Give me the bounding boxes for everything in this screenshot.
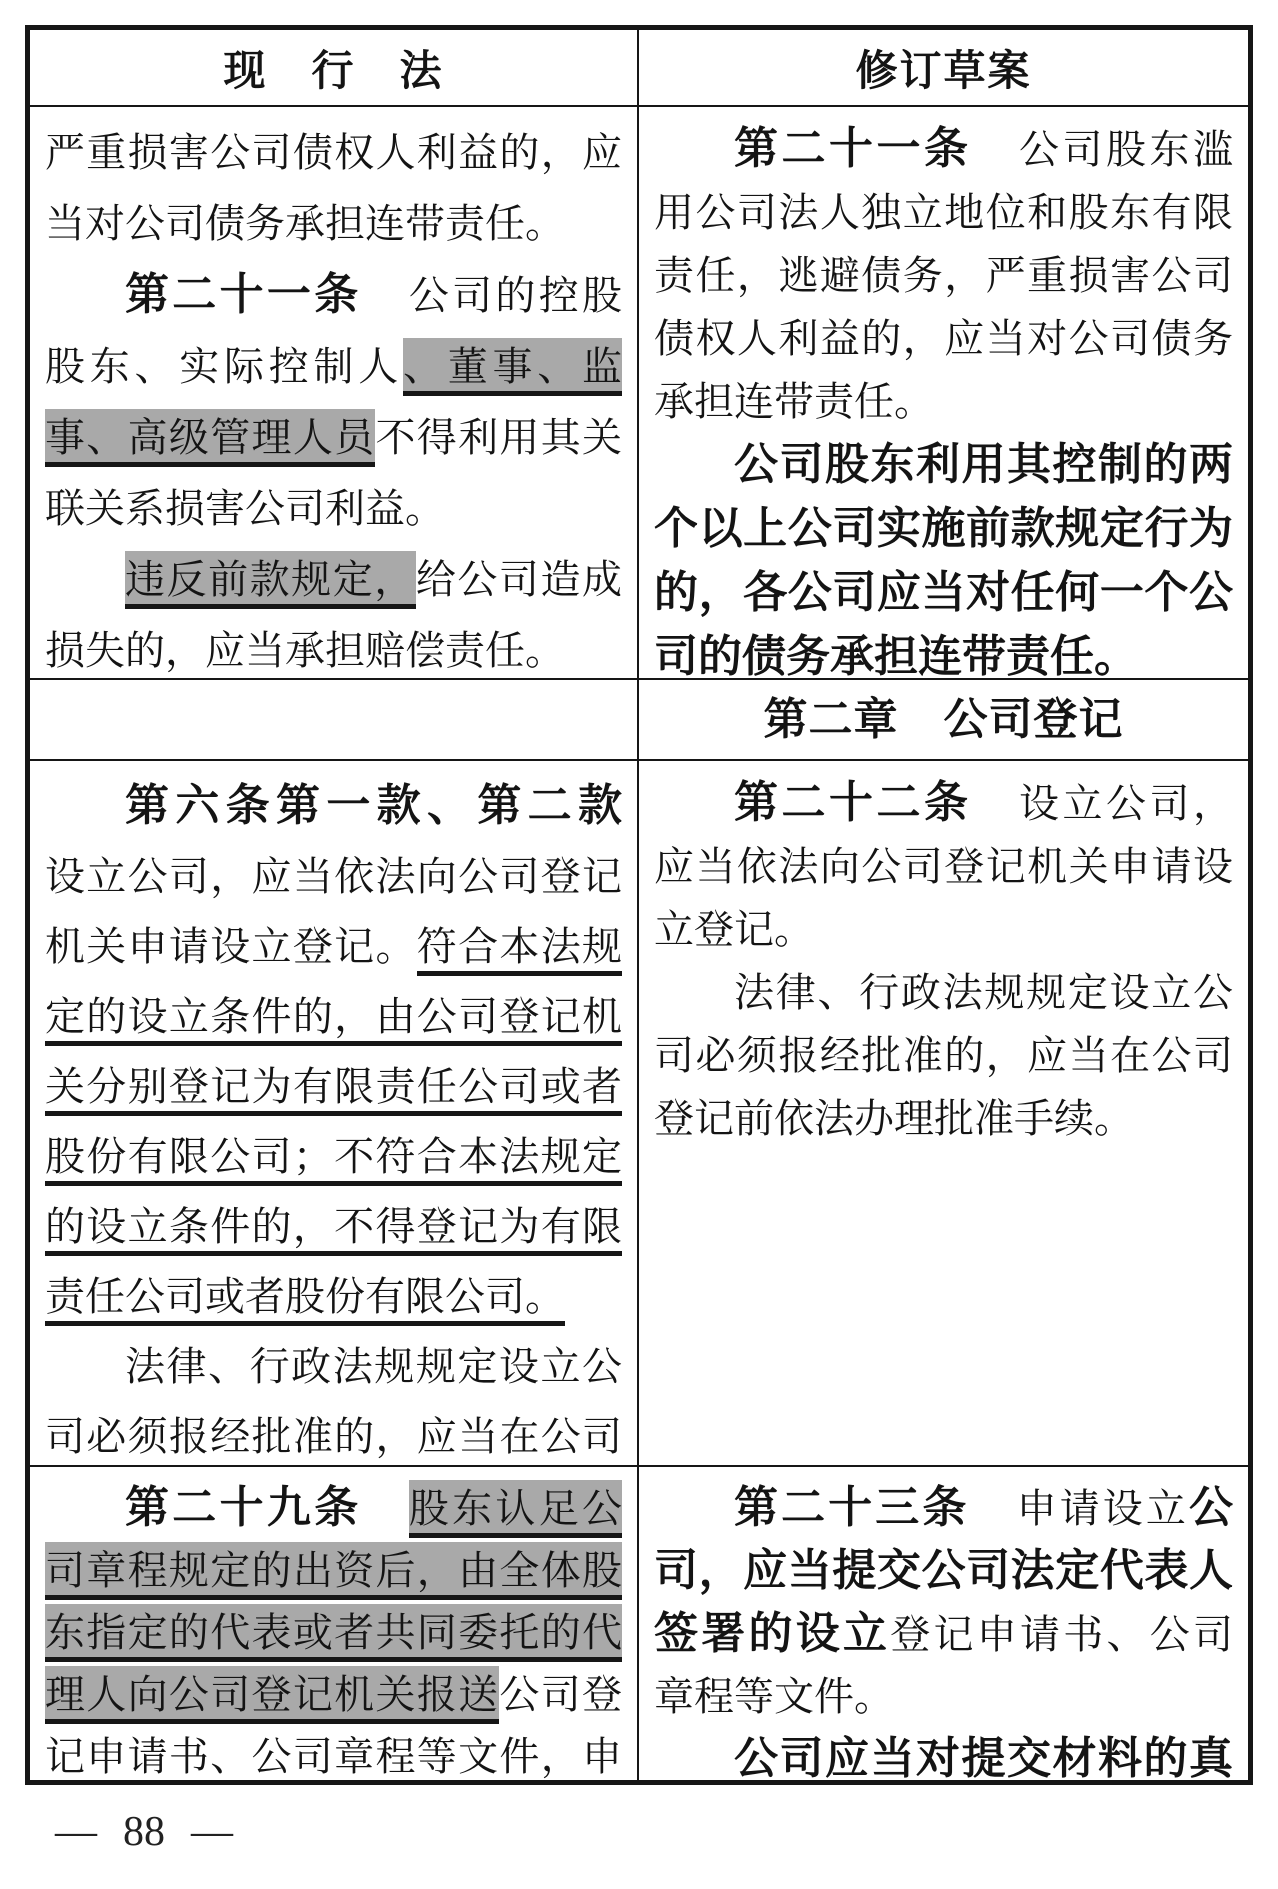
cell-current-law-row3: 第六条第一款、第二款 设立公司，应当依法向公司登记机关申请设立登记。符合本法规定… bbox=[30, 761, 639, 1467]
paragraph: 严重损害公司债权人利益的，应当对公司债务承担连带责任。 bbox=[45, 117, 622, 259]
header-current-law: 现 行 法 bbox=[30, 30, 639, 107]
cell-current-law-row1: 严重损害公司债权人利益的，应当对公司债务承担连带责任。第二十一条 公司的控股股东… bbox=[30, 107, 639, 680]
bold-text: 第二十二条 bbox=[734, 778, 1019, 827]
text-run: 法律、行政法规规定设立公司必须报经批准的，应当在公司登记前依法办理批准手续。 bbox=[654, 970, 1233, 1141]
paragraph: 法律、行政法规规定设立公司必须报经批准的，应当在公司登记前依法办理批准手续。 bbox=[654, 961, 1233, 1150]
bold-text: 第六条第一款、第二款 bbox=[125, 781, 639, 830]
bold-text: 第二十一条 bbox=[734, 124, 1019, 173]
paragraph: 第二十三条 申请设立公司，应当提交公司法定代表人签署的设立登记申请书、公司章程等… bbox=[654, 1477, 1233, 1728]
law-comparison-table: 现 行 法 修订草案 严重损害公司债权人利益的，应当对公司债务承担连带责任。第二… bbox=[25, 25, 1253, 1785]
header-current-law-label: 现 行 法 bbox=[223, 38, 443, 98]
paragraph: 法律、行政法规规定设立公司必须报经批准的，应当在公司登记前依法办理批准手续。 bbox=[45, 1332, 622, 1467]
text-run: 法律、行政法规规定设立公司必须报经批准的，应当在公司登记前依法办理批准手续。 bbox=[45, 1344, 622, 1467]
paragraph: 第二十九条 股东认足公司章程规定的出资后，由全体股东指定的代表或者共同委托的代理… bbox=[45, 1477, 622, 1780]
paragraph: 第二十二条 设立公司，应当依法向公司登记机关申请设立登记。 bbox=[654, 771, 1233, 961]
cell-draft-row1: 第二十一条 公司股东滥用公司法人独立地位和股东有限责任，逃避债务，严重损害公司债… bbox=[639, 107, 1248, 680]
bold-text: 公司应当对提交材料的真实性、合法性和有效性负责。 bbox=[654, 1734, 1233, 1780]
paragraph: 第二十一条 公司股东滥用公司法人独立地位和股东有限责任，逃避债务，严重损害公司债… bbox=[654, 117, 1233, 433]
header-revision-draft: 修订草案 bbox=[639, 30, 1248, 107]
highlighted-underlined-text: 违反前款规定， bbox=[125, 551, 416, 609]
cell-draft-row2-chapter-heading: 第二章 公司登记 bbox=[639, 680, 1248, 761]
bold-text: 公司股东利用其控制的两个以上公司实施前款规定行为的，各公司应当对任何一个公司的债… bbox=[654, 440, 1233, 680]
bold-text: 第二十一条 bbox=[125, 270, 409, 319]
paragraph: 公司应当对提交材料的真实性、合法性和有效性负责。 bbox=[654, 1728, 1233, 1780]
bold-text: 第二十三条 bbox=[734, 1483, 1017, 1532]
cell-draft-row4: 第二十三条 申请设立公司，应当提交公司法定代表人签署的设立登记申请书、公司章程等… bbox=[639, 1467, 1248, 1780]
page-number-right-dash: — bbox=[191, 1808, 233, 1856]
bold-text: 第二章 公司登记 bbox=[764, 695, 1124, 744]
paragraph: 公司股东利用其控制的两个以上公司实施前款规定行为的，各公司应当对任何一个公司的债… bbox=[654, 433, 1233, 680]
paragraph: 第二十一条 公司的控股股东、实际控制人、董事、监事、高级管理人员不得利用其关联关… bbox=[45, 259, 622, 544]
cell-current-law-row4: 第二十九条 股东认足公司章程规定的出资后，由全体股东指定的代表或者共同委托的代理… bbox=[30, 1467, 639, 1780]
text-run: 严重损害公司债权人利益的，应当对公司债务承担连带责任。 bbox=[45, 130, 622, 246]
page-number-left-dash: — bbox=[55, 1808, 97, 1856]
page-number-value: 88 bbox=[123, 1808, 165, 1856]
cell-current-law-row2-empty bbox=[30, 680, 639, 761]
paragraph: 第二章 公司登记 bbox=[764, 688, 1124, 752]
bold-text: 第二十九条 bbox=[125, 1483, 409, 1532]
page-number: — 88 — bbox=[55, 1808, 233, 1856]
paragraph: 违反前款规定，给公司造成损失的，应当承担赔偿责任。 bbox=[45, 544, 622, 680]
header-revision-draft-label: 修订草案 bbox=[855, 38, 1031, 98]
text-run: 申请设立 bbox=[1017, 1486, 1189, 1531]
paragraph: 第六条第一款、第二款 设立公司，应当依法向公司登记机关申请设立登记。符合本法规定… bbox=[45, 771, 622, 1332]
underlined-text: 符合本法规定的设立条件的，由公司登记机关分别登记为有限责任公司或者股份有限公司；… bbox=[45, 924, 622, 1326]
cell-draft-row3: 第二十二条 设立公司，应当依法向公司登记机关申请设立登记。法律、行政法规规定设立… bbox=[639, 761, 1248, 1467]
